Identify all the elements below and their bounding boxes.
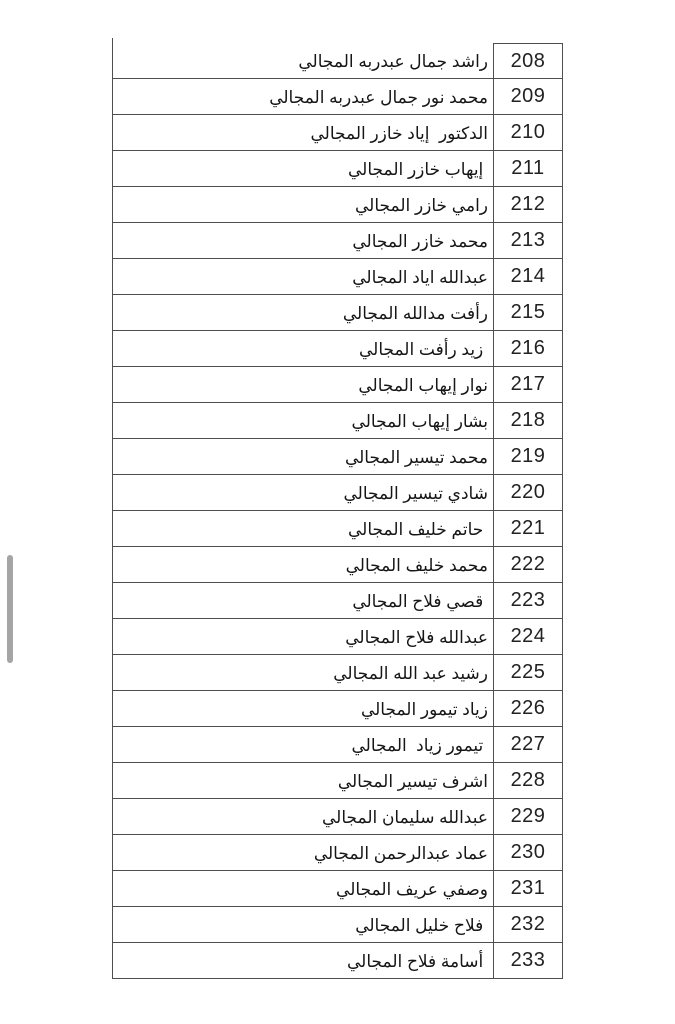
member-name: قصي فلاح المجالي: [112, 583, 493, 618]
member-name: الدكتور إياد خازر المجالي: [112, 115, 493, 150]
table-row: شادي تيسير المجالي220: [112, 475, 563, 511]
table-row: عبدالله سليمان المجالي229: [112, 799, 563, 835]
member-name: رأفت مدالله المجالي: [112, 295, 493, 330]
table-row: الدكتور إياد خازر المجالي210: [112, 115, 563, 151]
table-row: عماد عبدالرحمن المجالي230: [112, 835, 563, 871]
member-number: 215: [493, 295, 563, 330]
member-name: محمد نور جمال عبدربه المجالي: [112, 79, 493, 114]
member-number: 230: [493, 835, 563, 870]
table-row: اشرف تيسير المجالي228: [112, 763, 563, 799]
table-row: إيهاب خازر المجالي211: [112, 151, 563, 187]
member-name: رشيد عبد الله المجالي: [112, 655, 493, 690]
member-number: 228: [493, 763, 563, 798]
member-number: 227: [493, 727, 563, 762]
member-number: 217: [493, 367, 563, 402]
table-row: محمد نور جمال عبدربه المجالي209: [112, 79, 563, 115]
member-number: 231: [493, 871, 563, 906]
member-number: 211: [493, 151, 563, 186]
member-name: زياد تيمور المجالي: [112, 691, 493, 726]
member-name: عماد عبدالرحمن المجالي: [112, 835, 493, 870]
member-number: 221: [493, 511, 563, 546]
table-row: بشار إيهاب المجالي218: [112, 403, 563, 439]
table-row: وصفي عريف المجالي231: [112, 871, 563, 907]
document-page: راشد جمال عبدربه المجالي208محمد نور جمال…: [0, 0, 675, 1024]
table-row: فلاح خليل المجالي232: [112, 907, 563, 943]
table-row: محمد خليف المجالي222: [112, 547, 563, 583]
table-row: رامي خازر المجالي212: [112, 187, 563, 223]
member-number: 229: [493, 799, 563, 834]
table-row: تيمور زياد المجالي227: [112, 727, 563, 763]
member-name: عبدالله سليمان المجالي: [112, 799, 493, 834]
member-name: محمد خازر المجالي: [112, 223, 493, 258]
member-name: تيمور زياد المجالي: [112, 727, 493, 762]
member-number: 212: [493, 187, 563, 222]
table-row: راشد جمال عبدربه المجالي208: [112, 43, 563, 79]
member-number: 216: [493, 331, 563, 366]
member-name: راشد جمال عبدربه المجالي: [112, 43, 493, 78]
member-name: اشرف تيسير المجالي: [112, 763, 493, 798]
table-row: نوار إيهاب المجالي217: [112, 367, 563, 403]
member-number: 226: [493, 691, 563, 726]
member-name: بشار إيهاب المجالي: [112, 403, 493, 438]
member-name: وصفي عريف المجالي: [112, 871, 493, 906]
member-number: 218: [493, 403, 563, 438]
member-number: 208: [493, 43, 563, 78]
member-number: 213: [493, 223, 563, 258]
member-name: رامي خازر المجالي: [112, 187, 493, 222]
table-row: رأفت مدالله المجالي215: [112, 295, 563, 331]
member-name: نوار إيهاب المجالي: [112, 367, 493, 402]
table-row: محمد تيسير المجالي219: [112, 439, 563, 475]
member-name: فلاح خليل المجالي: [112, 907, 493, 942]
name-list-table: راشد جمال عبدربه المجالي208محمد نور جمال…: [112, 43, 563, 979]
member-number: 223: [493, 583, 563, 618]
member-name: عبدالله فلاح المجالي: [112, 619, 493, 654]
member-name: محمد خليف المجالي: [112, 547, 493, 582]
member-name: شادي تيسير المجالي: [112, 475, 493, 510]
table-row: رشيد عبد الله المجالي225: [112, 655, 563, 691]
member-number: 210: [493, 115, 563, 150]
member-number: 209: [493, 79, 563, 114]
member-name: أسامة فلاح المجالي: [112, 943, 493, 978]
table-row: قصي فلاح المجالي223: [112, 583, 563, 619]
member-name: زيد رأفت المجالي: [112, 331, 493, 366]
member-name: عبدالله اياد المجالي: [112, 259, 493, 294]
table-row: محمد خازر المجالي213: [112, 223, 563, 259]
member-number: 220: [493, 475, 563, 510]
member-number: 233: [493, 943, 563, 978]
member-number: 222: [493, 547, 563, 582]
member-name: حاتم خليف المجالي: [112, 511, 493, 546]
member-number: 219: [493, 439, 563, 474]
table-row: حاتم خليف المجالي221: [112, 511, 563, 547]
table-row: زياد تيمور المجالي226: [112, 691, 563, 727]
member-number: 214: [493, 259, 563, 294]
table-row: أسامة فلاح المجالي233: [112, 943, 563, 979]
member-name: إيهاب خازر المجالي: [112, 151, 493, 186]
table-row: عبدالله اياد المجالي214: [112, 259, 563, 295]
scrollbar-thumb[interactable]: [7, 555, 13, 663]
table-row: زيد رأفت المجالي216: [112, 331, 563, 367]
member-number: 225: [493, 655, 563, 690]
member-number: 232: [493, 907, 563, 942]
member-number: 224: [493, 619, 563, 654]
table-row: عبدالله فلاح المجالي224: [112, 619, 563, 655]
member-name: محمد تيسير المجالي: [112, 439, 493, 474]
